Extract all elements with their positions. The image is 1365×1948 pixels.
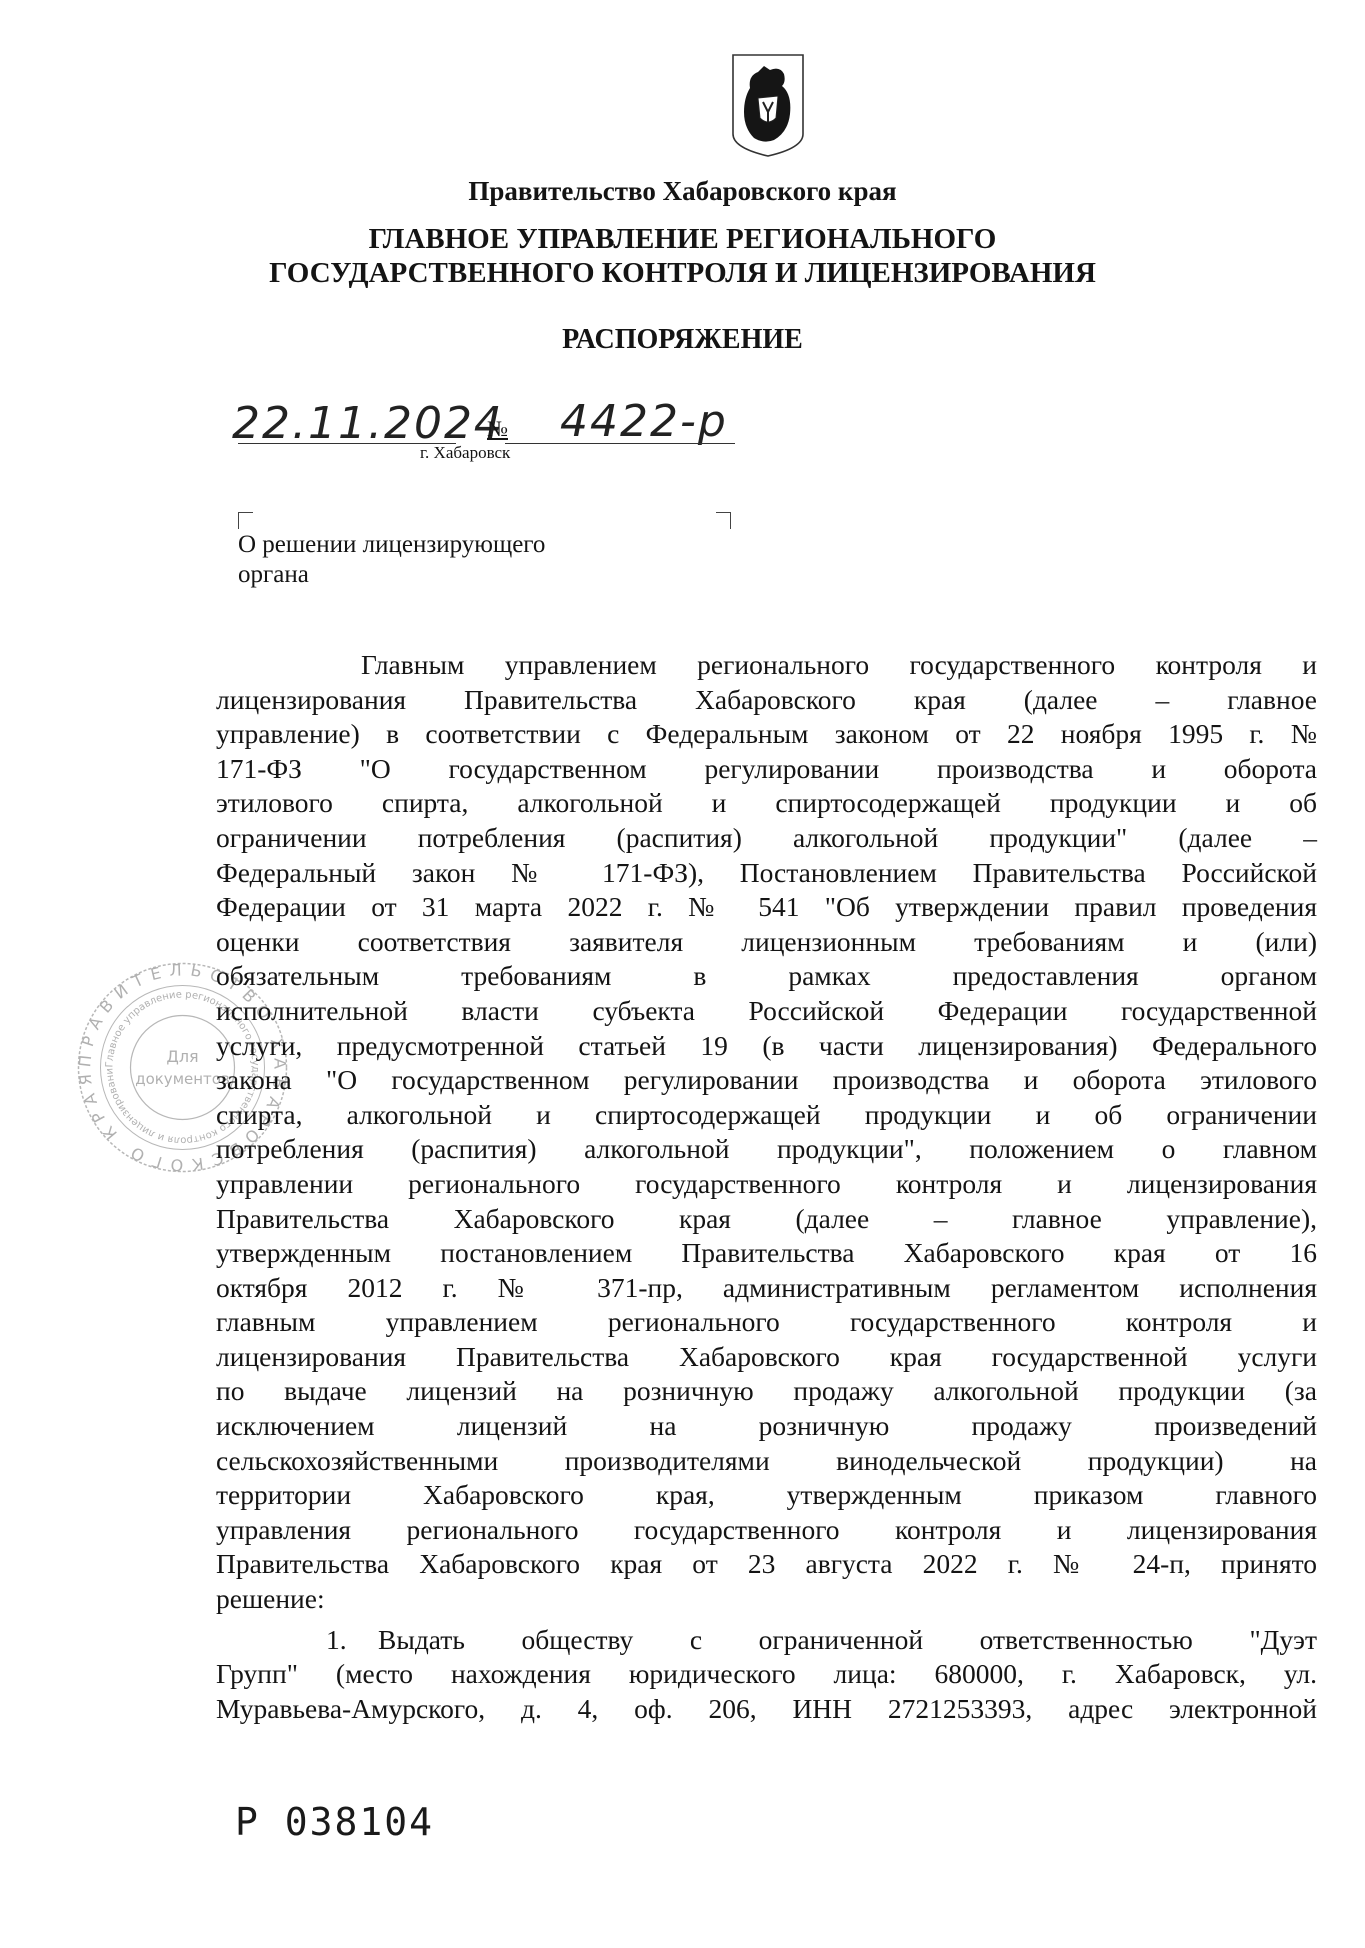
subject-line: органа <box>238 560 545 590</box>
body-line: закона "О государственном регулировании … <box>216 1063 1317 1098</box>
item-number: 1. <box>326 1623 378 1658</box>
body-line: лицензирования Правительства Хабаровског… <box>216 1340 1317 1375</box>
document-body: Главным управлением регионального госуда… <box>216 648 1317 1726</box>
city-label: г. Хабаровск <box>420 443 510 463</box>
body-line: утвержденным постановлением Правительств… <box>216 1236 1317 1271</box>
body-line: обязательным требованиям в рамках предос… <box>216 959 1317 994</box>
item-1-line: Муравьева-Амурского, д. 4, оф. 206, ИНН … <box>216 1692 1317 1727</box>
subject-heading: О решении лицензирующего органа <box>238 530 545 590</box>
handwritten-number: 4422-р <box>560 396 728 447</box>
body-line: ограничении потребления (распития) алког… <box>216 821 1317 856</box>
body-line: лицензирования Правительства Хабаровског… <box>216 683 1317 718</box>
item-text: Выдать обществу с ограниченной ответстве… <box>378 1623 1317 1658</box>
body-line: исполнительной власти субъекта Российско… <box>216 994 1317 1029</box>
item-1-line: 1.Выдать обществу с ограниченной ответст… <box>216 1623 1317 1658</box>
body-line: Правительства Хабаровского края от 23 ав… <box>216 1547 1317 1582</box>
coat-of-arms-icon <box>730 52 806 162</box>
body-line: управления регионального государственног… <box>216 1513 1317 1548</box>
body-line: потребления (распития) алкогольной проду… <box>216 1132 1317 1167</box>
body-line: главным управлением регионального госуда… <box>216 1305 1317 1340</box>
body-line: территории Хабаровского края, утвержденн… <box>216 1478 1317 1513</box>
department-title: ГЛАВНОЕ УПРАВЛЕНИЕ РЕГИОНАЛЬНОГО ГОСУДАР… <box>0 222 1365 290</box>
subject-line: О решении лицензирующего <box>238 530 545 560</box>
body-line: решение: <box>216 1582 1317 1617</box>
body-line: октября 2012 г. № 371-пр, административн… <box>216 1271 1317 1306</box>
number-sign: № <box>487 416 508 442</box>
body-line: Федерации от 31 марта 2022 г. № 541 "Об … <box>216 890 1317 925</box>
corner-mark-left <box>238 512 253 529</box>
body-line: по выдаче лицензий на розничную продажу … <box>216 1374 1317 1409</box>
document-type: РАСПОРЯЖЕНИЕ <box>0 324 1365 356</box>
body-line: сельскохозяйственными производителями ви… <box>216 1444 1317 1479</box>
body-line: этилового спирта, алкогольной и спиртосо… <box>216 786 1317 821</box>
item-1-line: Групп" (место нахождения юридического ли… <box>216 1657 1317 1692</box>
corner-mark-right <box>716 512 731 529</box>
body-line: исключением лицензий на розничную продаж… <box>216 1409 1317 1444</box>
government-title: Правительство Хабаровского края <box>0 176 1365 207</box>
body-line: управление) в соответствии с Федеральным… <box>216 717 1317 752</box>
body-line: спирта, алкогольной и спиртосодержащей п… <box>216 1098 1317 1133</box>
form-serial-number: Р 038104 <box>235 1800 434 1844</box>
body-line: 171-ФЗ "О государственном регулировании … <box>216 752 1317 787</box>
body-line: оценки соответствия заявителя лицензионн… <box>216 925 1317 960</box>
department-title-line: ГОСУДАРСТВЕННОГО КОНТРОЛЯ И ЛИЦЕНЗИРОВАН… <box>0 256 1365 290</box>
svg-text:Для: Для <box>166 1047 198 1066</box>
body-line: Главным управлением регионального госуда… <box>216 648 1317 683</box>
body-line: управлении регионального государственног… <box>216 1167 1317 1202</box>
department-title-line: ГЛАВНОЕ УПРАВЛЕНИЕ РЕГИОНАЛЬНОГО <box>0 222 1365 256</box>
number-underline <box>505 443 735 444</box>
body-line: Федеральный закон № 171-ФЗ), Постановлен… <box>216 856 1317 891</box>
handwritten-date: 22.11.2024 <box>232 398 504 449</box>
body-line: Правительства Хабаровского края (далее –… <box>216 1202 1317 1237</box>
body-line: услуги, предусмотренной статьей 19 (в ча… <box>216 1029 1317 1064</box>
